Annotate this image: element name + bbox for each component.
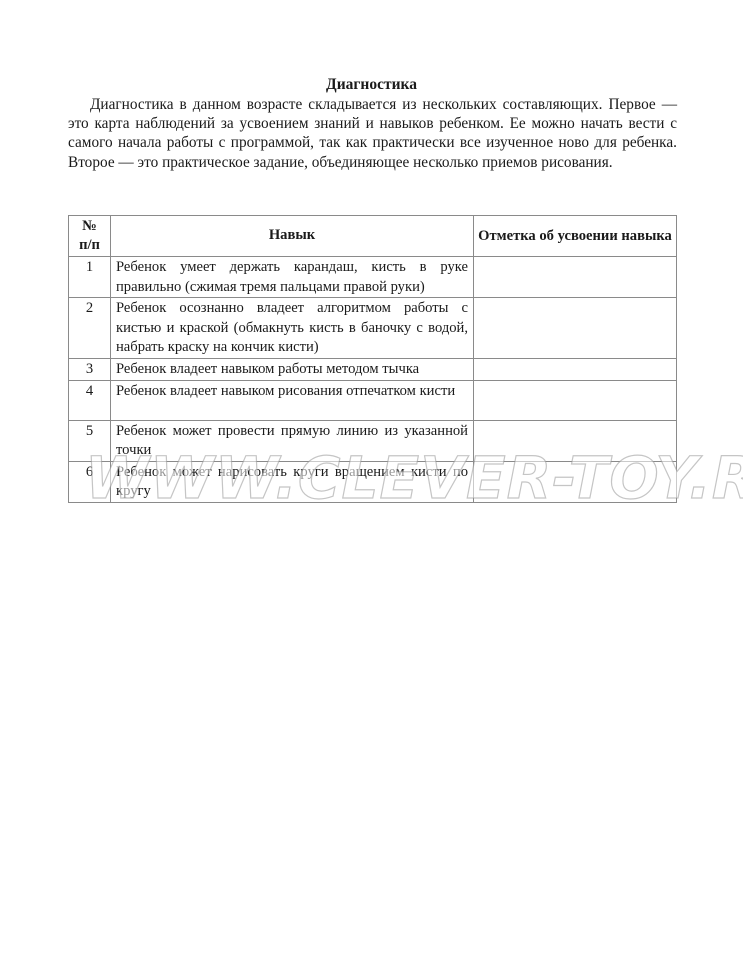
row-number: 5: [69, 420, 111, 461]
row-mark-cell: [474, 420, 677, 461]
table-row: 6 Ребенок может нарисовать круги вращени…: [69, 461, 677, 502]
skills-table: № п/п Навык Отметка об усвоении навыка 1…: [68, 215, 677, 503]
row-skill: Ребенок умеет держать карандаш, кисть в …: [111, 257, 474, 298]
row-skill: Ребенок может нарисовать круги вращением…: [111, 461, 474, 502]
intro-paragraph: Диагностика в данном возрасте складывает…: [68, 95, 677, 172]
row-mark-cell: [474, 257, 677, 298]
row-number: 1: [69, 257, 111, 298]
section-title: Диагностика: [0, 76, 743, 94]
row-mark-cell: [474, 380, 677, 420]
row-skill: Ребенок владеет навыком работы методом т…: [111, 358, 474, 380]
table-row: 1 Ребенок умеет держать карандаш, кисть …: [69, 257, 677, 298]
row-number: 6: [69, 461, 111, 502]
table-header-row: № п/п Навык Отметка об усвоении навыка: [69, 216, 677, 257]
row-number: 3: [69, 358, 111, 380]
row-mark-cell: [474, 358, 677, 380]
header-number-abbr: п/п: [73, 236, 106, 255]
row-number: 2: [69, 298, 111, 359]
table-row: 3 Ребенок владеет навыком работы методом…: [69, 358, 677, 380]
row-skill: Ребенок может провести прямую линию из у…: [111, 420, 474, 461]
header-skill: Навык: [111, 216, 474, 257]
header-number: № п/п: [69, 216, 111, 257]
table-row: 4 Ребенок владеет навыком рисования отпе…: [69, 380, 677, 420]
table-row: 2 Ребенок осознанно владеет алгоритмом р…: [69, 298, 677, 359]
table-row: 5 Ребенок может провести прямую линию из…: [69, 420, 677, 461]
row-mark-cell: [474, 461, 677, 502]
row-number: 4: [69, 380, 111, 420]
row-skill: Ребенок владеет навыком рисования отпеча…: [111, 380, 474, 420]
row-skill: Ребенок осознанно владеет алгоритмом раб…: [111, 298, 474, 359]
row-mark-cell: [474, 298, 677, 359]
header-mark: Отметка об усвоении навыка: [474, 216, 677, 257]
header-number-symbol: №: [73, 217, 106, 236]
